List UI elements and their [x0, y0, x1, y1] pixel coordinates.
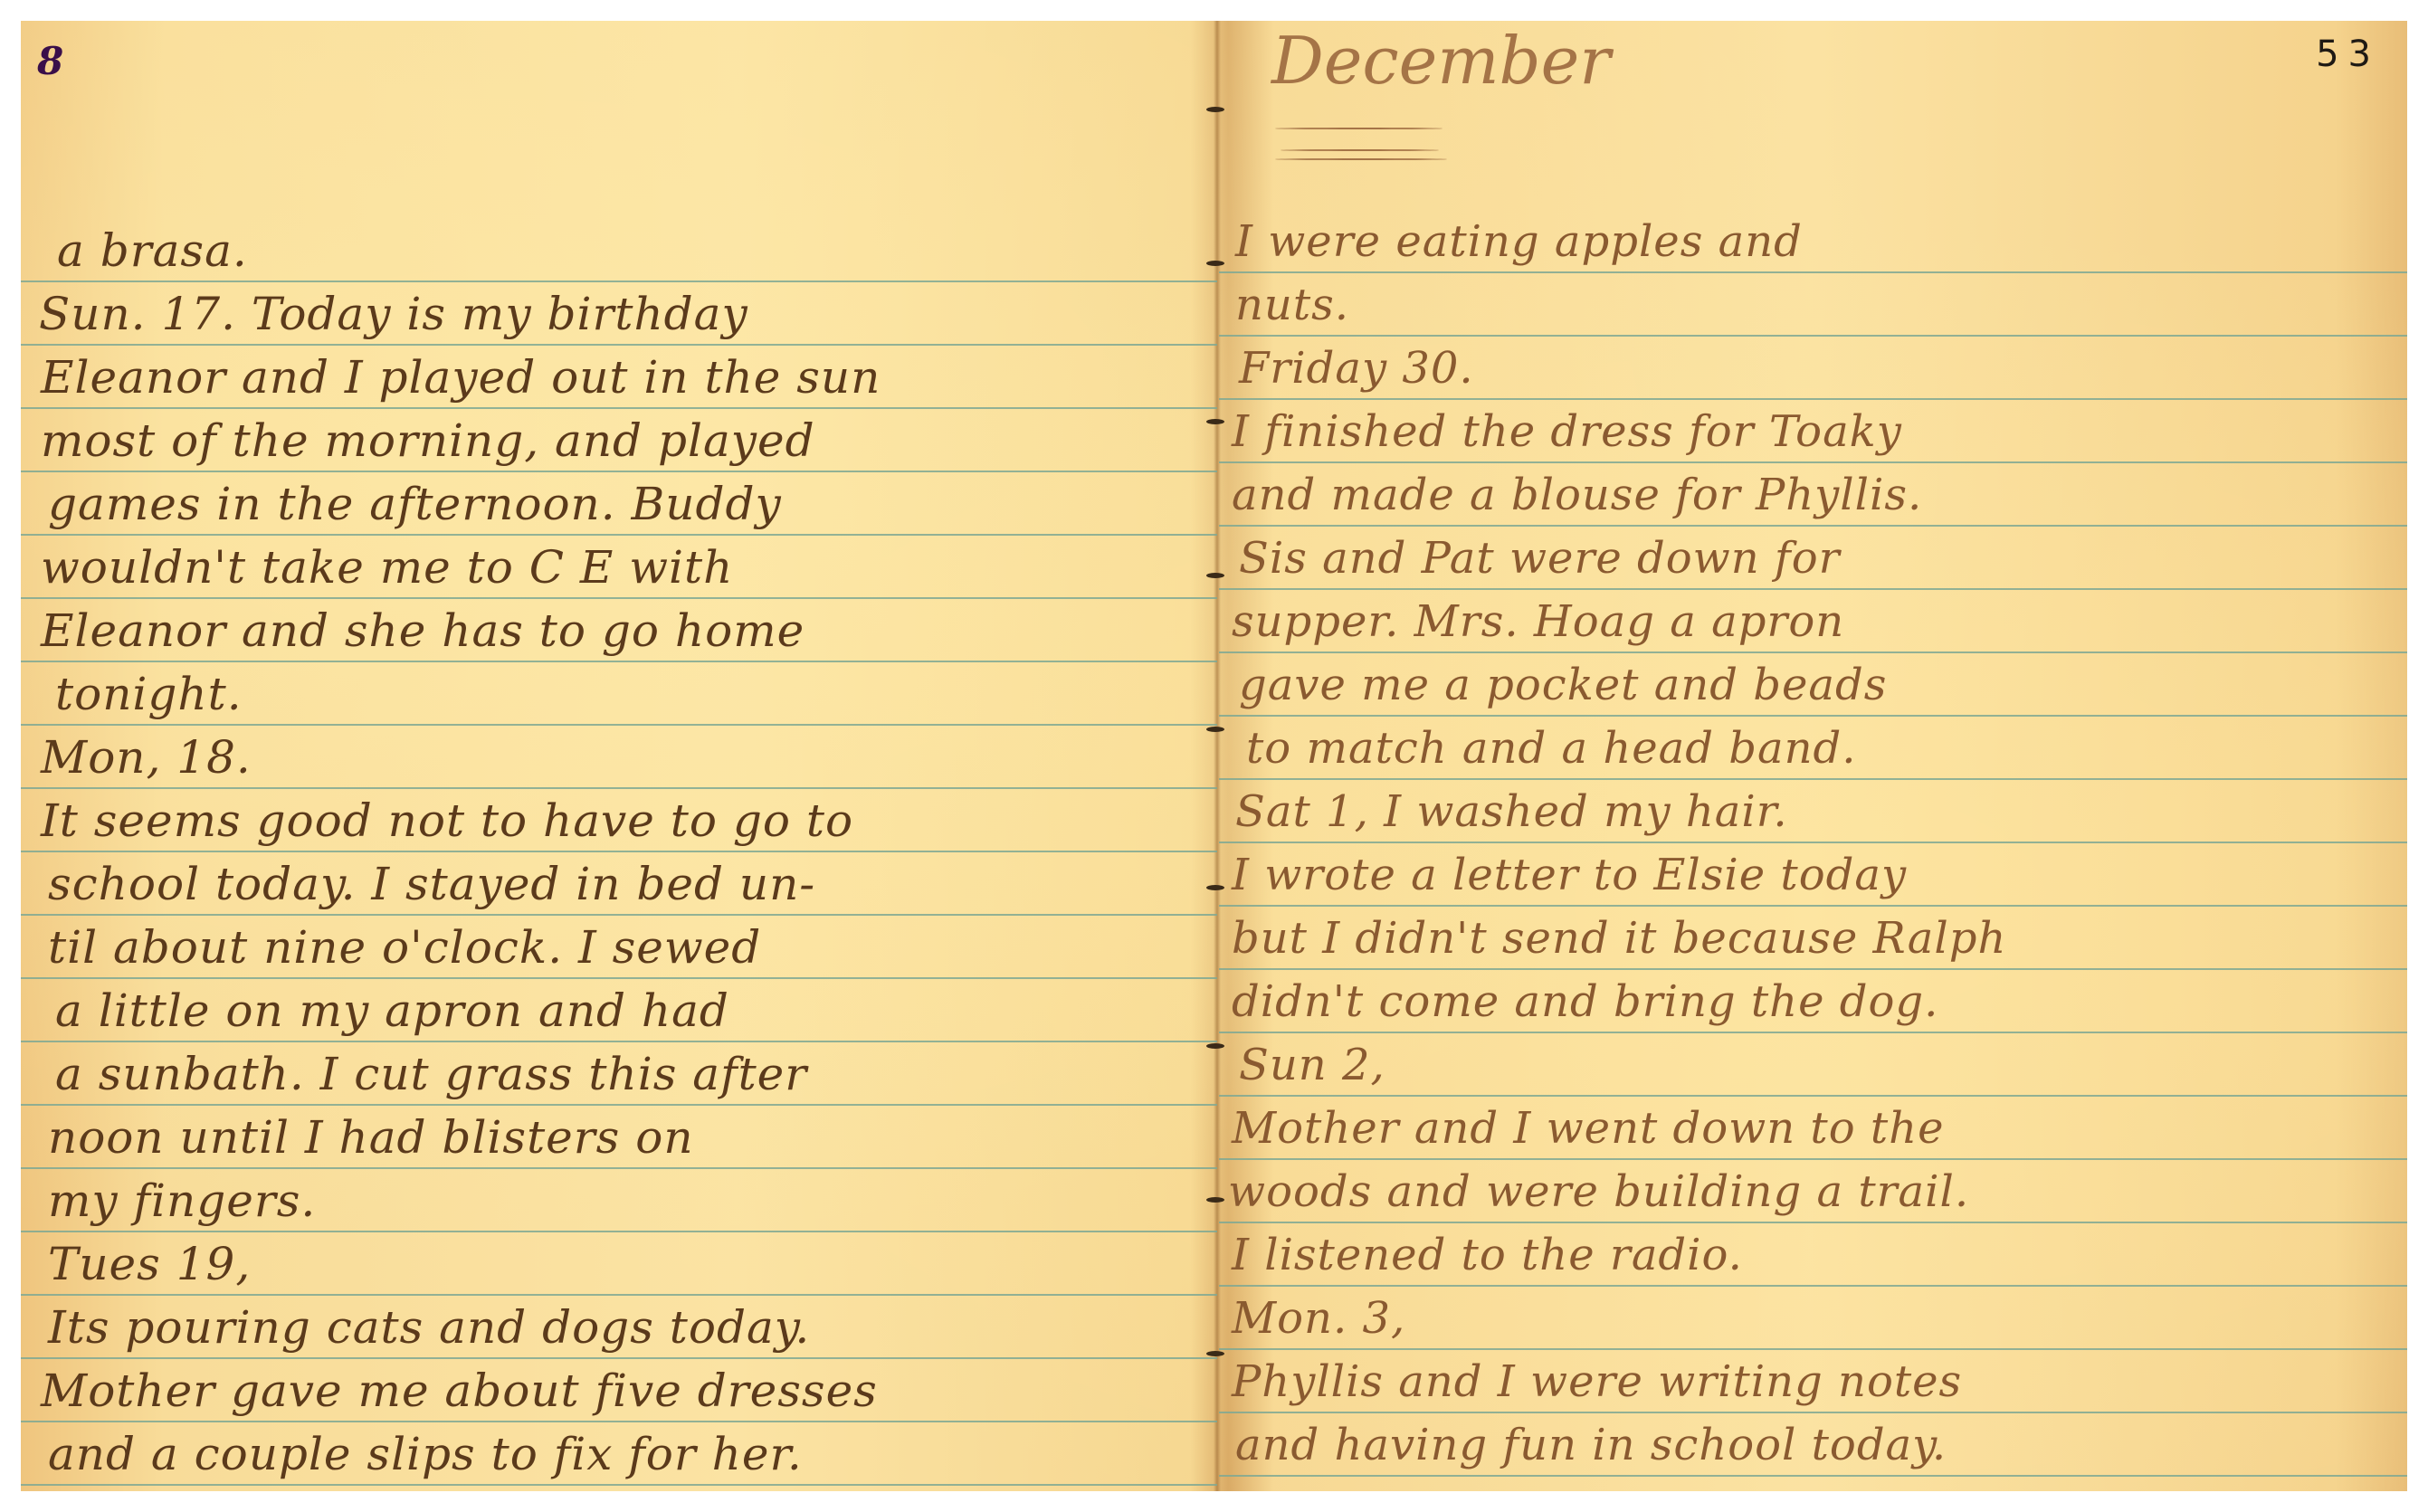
diary-line: a little on my apron and had: [55, 984, 729, 1037]
diary-line: woods and were building a trail.: [1228, 1166, 1969, 1217]
ruled-line: [1219, 1348, 2407, 1350]
diary-entry-date-line: Sun 2,: [1239, 1040, 1385, 1090]
diary-spread: 8 a brasa. Sun. 17. Today is my birthday…: [21, 21, 2407, 1491]
ruled-line: [21, 1231, 1217, 1232]
ruled-line: [1219, 1158, 2407, 1160]
ruled-line: [1219, 715, 2407, 717]
ruled-line: [21, 977, 1217, 979]
diary-line: games in the afternoon. Buddy: [48, 478, 782, 530]
diary-line: and a couple slips to fix for her.: [48, 1428, 803, 1480]
ruled-line: [21, 1484, 1217, 1486]
ruled-line: [21, 1357, 1217, 1359]
diary-line: I were eating apples and: [1235, 216, 1803, 267]
diary-line: Phyllis and I were writing notes: [1232, 1356, 1962, 1407]
ruled-line: [1219, 1285, 2407, 1287]
diary-line: til about nine o'clock. I sewed: [48, 921, 761, 974]
diary-line: It seems good not to have to go to: [41, 794, 853, 847]
ruled-line: [1219, 905, 2407, 907]
diary-line: Mother gave me about five dresses: [41, 1365, 878, 1417]
diary-line: a brasa.: [57, 224, 248, 277]
diary-line: Mother and I went down to the: [1232, 1103, 1944, 1154]
diary-entry-date-line: Mon, 18.: [41, 731, 252, 784]
diary-entry-date-line: Sat 1, I washed my hair.: [1235, 786, 1788, 837]
heading-underline: [1275, 128, 1443, 129]
month-heading: December: [1271, 23, 1611, 99]
diary-line: gave me a pocket and beads: [1239, 660, 1887, 710]
ruled-line: [21, 407, 1217, 409]
ruled-line: [21, 1421, 1217, 1422]
ruled-line: [1219, 1032, 2407, 1033]
diary-line: Eleanor and I played out in the sun: [41, 351, 881, 404]
diary-entry-date-line: Sun. 17. Today is my birthday: [39, 288, 748, 340]
left-page: 8 a brasa. Sun. 17. Today is my birthday…: [21, 21, 1217, 1491]
ruled-line: [1219, 842, 2407, 843]
ruled-line: [21, 851, 1217, 852]
diary-line: noon until I had blisters on: [48, 1111, 694, 1164]
ruled-line: [1219, 525, 2407, 527]
diary-line: Sis and Pat were down for: [1239, 533, 1841, 584]
ruled-line: [1219, 1222, 2407, 1223]
diary-line: to match and a head band.: [1246, 723, 1856, 774]
right-page-number: 53: [2316, 33, 2380, 75]
ruled-line: [1219, 778, 2407, 780]
ruled-line: [1219, 968, 2407, 970]
ruled-line: [21, 1294, 1217, 1296]
diary-line: most of the morning, and played: [41, 414, 815, 467]
diary-line: but I didn't send it because Ralph: [1232, 913, 2006, 964]
diary-entry-date-line: Mon. 3,: [1232, 1293, 1405, 1344]
ruled-line: [21, 1041, 1217, 1042]
heading-underline: [1275, 158, 1447, 160]
ruled-line: [1219, 651, 2407, 653]
diary-line: Its pouring cats and dogs today.: [48, 1301, 810, 1354]
ruled-line: [1219, 335, 2407, 337]
diary-line: my fingers.: [48, 1174, 316, 1227]
ruled-line: [21, 471, 1217, 472]
ruled-line: [1219, 461, 2407, 463]
left-page-number: 8: [37, 39, 63, 83]
diary-line: wouldn't take me to C E with: [41, 541, 733, 594]
diary-line: supper. Mrs. Hoag a apron: [1232, 596, 1844, 647]
diary-line: I wrote a letter to Elsie today: [1232, 850, 1907, 900]
diary-line: I finished the dress for Toaky: [1232, 406, 1902, 457]
diary-line: tonight.: [55, 668, 243, 720]
diary-entry-date-line: Tues 19,: [48, 1238, 251, 1290]
ruled-line: [21, 914, 1217, 916]
ruled-line: [1219, 398, 2407, 400]
diary-line: Eleanor and she has to go home: [41, 604, 805, 657]
ruled-line: [1219, 588, 2407, 590]
ruled-line: [21, 597, 1217, 599]
diary-line: nuts.: [1235, 280, 1349, 330]
diary-line: and made a blouse for Phyllis.: [1232, 470, 1922, 520]
right-page: December 53 I were eating apples and nut…: [1219, 21, 2407, 1491]
ruled-line: [21, 534, 1217, 536]
diary-line: school today. I stayed in bed un-: [48, 858, 815, 910]
ruled-line: [21, 661, 1217, 662]
diary-line: didn't come and bring the dog.: [1232, 976, 1938, 1027]
heading-underline: [1281, 149, 1439, 151]
diary-line: a sunbath. I cut grass this after: [55, 1048, 807, 1100]
diary-line: and having fun in school today.: [1235, 1420, 1947, 1470]
diary-line: I listened to the radio.: [1232, 1230, 1743, 1280]
diary-entry-date-line: Friday 30.: [1239, 343, 1474, 394]
ruled-line: [21, 724, 1217, 726]
ruled-line: [21, 281, 1217, 282]
ruled-line: [1219, 1095, 2407, 1097]
ruled-line: [1219, 271, 2407, 273]
ruled-line: [21, 1104, 1217, 1106]
ruled-line: [1219, 1475, 2407, 1477]
ruled-line: [1219, 1412, 2407, 1413]
ruled-line: [21, 1167, 1217, 1169]
ruled-line: [21, 344, 1217, 346]
ruled-line: [21, 787, 1217, 789]
